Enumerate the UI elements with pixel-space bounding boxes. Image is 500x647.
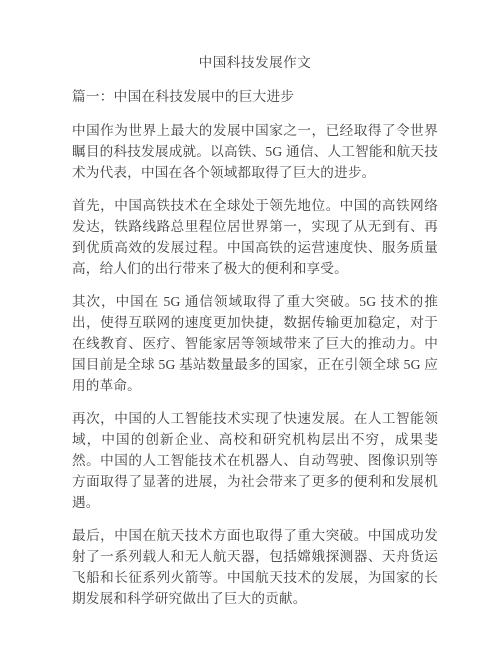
paragraph-high-speed-rail: 首先，中国高铁技术在全球处于领先地位。中国的高铁网络发达，铁路线路总里程位居世界… xyxy=(72,195,438,279)
document-title: 中国科技发展作文 xyxy=(72,52,438,73)
paragraph-ai: 再次，中国的人工智能技术实现了快速发展。在人工智能领域，中国的创新企业、高校和研… xyxy=(72,408,438,513)
paragraph-aerospace: 最后，中国在航天技术方面也取得了重大突破。中国成功发射了一系列载人和无人航天器，… xyxy=(72,525,438,609)
essay-document: 中国科技发展作文 篇一：中国在科技发展中的巨大进步 中国作为世界上最大的发展中国… xyxy=(0,0,500,647)
paragraph-intro: 中国作为世界上最大的发展中国家之一，已经取得了令世界瞩目的科技发展成就。以高铁、… xyxy=(72,120,438,183)
section-heading: 篇一：中国在科技发展中的巨大进步 xyxy=(72,86,438,107)
paragraph-5g: 其次，中国在 5G 通信领域取得了重大突破。5G 技术的推出，使得互联网的速度更… xyxy=(72,291,438,396)
